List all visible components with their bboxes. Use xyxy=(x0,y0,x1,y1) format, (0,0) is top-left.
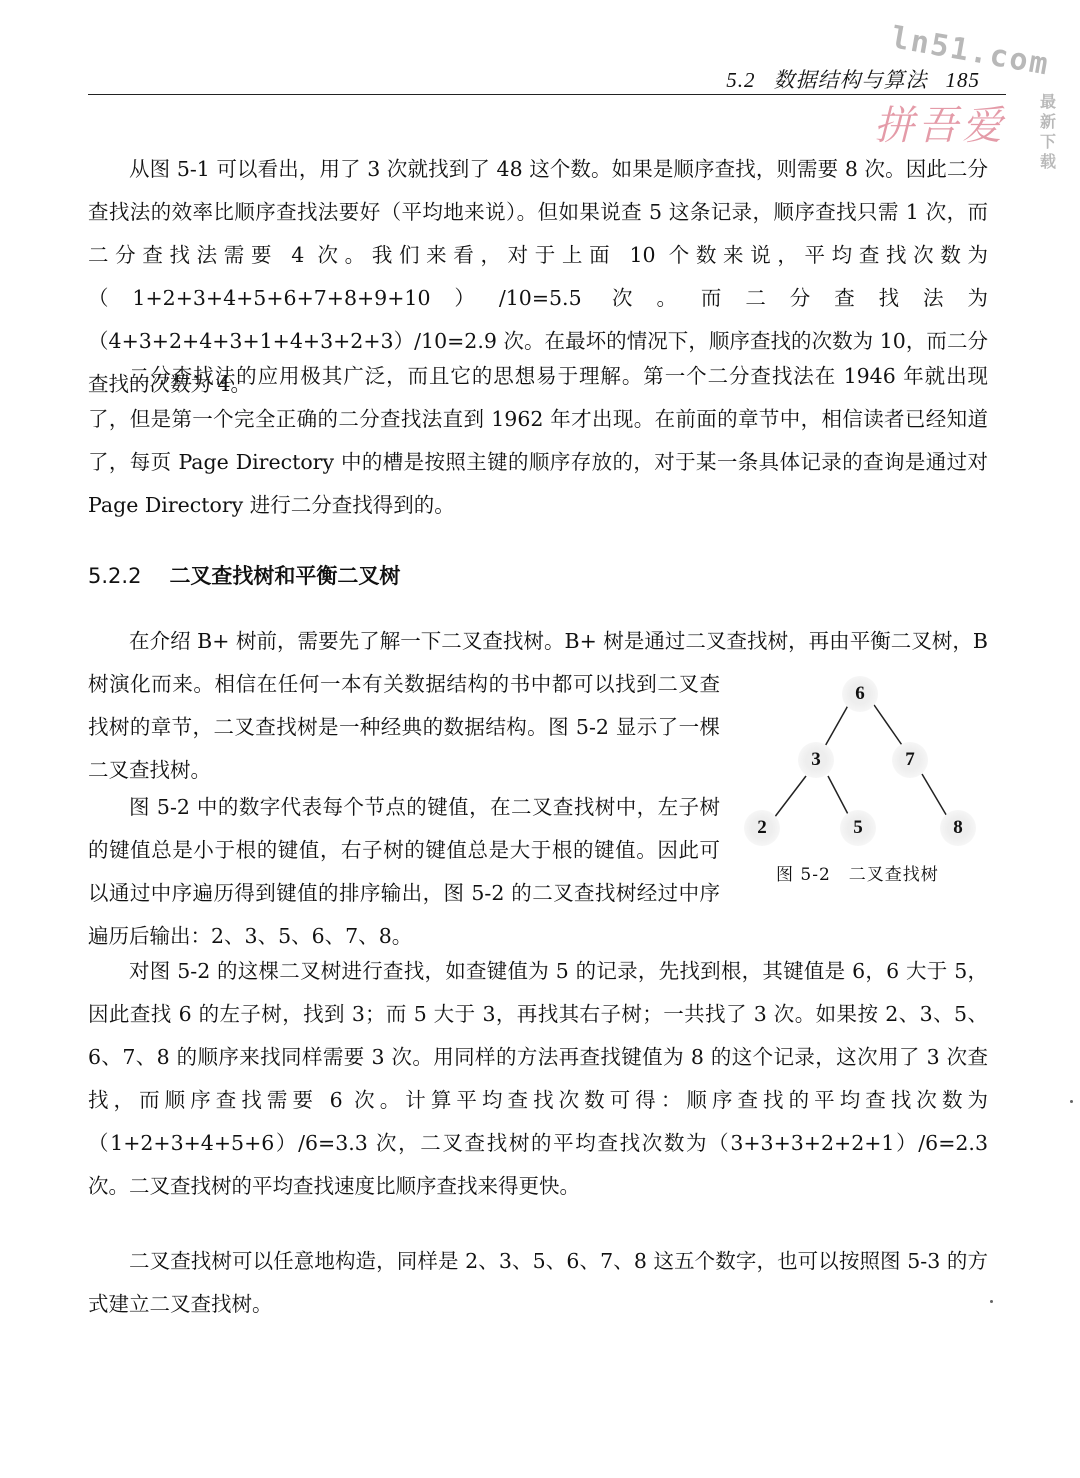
tree-node: 5 xyxy=(840,810,876,846)
paragraph-binary-search-history: 二分查找法的应用极其广泛，而且它的思想易于理解。第一个二分查找法在 1946 年… xyxy=(88,355,988,527)
header-text: 5.2数据结构与算法185 xyxy=(726,64,980,94)
tree-node: 2 xyxy=(744,810,780,846)
section-number: 5.2.2 xyxy=(88,564,141,588)
section-heading: 5.2.2二叉查找树和平衡二叉树 xyxy=(88,560,400,590)
scan-artifact xyxy=(1070,1100,1073,1103)
section-title: 二叉查找树和平衡二叉树 xyxy=(169,564,400,588)
figure-binary-search-tree: 6 3 7 2 5 8 图 5-2二叉查找树 xyxy=(740,672,980,892)
tree-node: 8 xyxy=(940,810,976,846)
paragraph-bst-properties: 图 5-2 中的数字代表每个节点的键值，在二叉查找树中，左子树的键值总是小于根的… xyxy=(88,786,720,958)
figure-title: 二叉查找树 xyxy=(849,865,939,885)
header-section-title: 数据结构与算法 xyxy=(774,68,928,92)
tree-node: 7 xyxy=(892,742,928,778)
scan-artifact xyxy=(990,1300,993,1303)
figure-label: 图 5-2 xyxy=(776,865,831,885)
edge-3-2 xyxy=(774,776,806,818)
page-number: 185 xyxy=(946,68,981,92)
paragraph-bst-construction: 二叉查找树可以任意地构造，同样是 2、3、5、6、7、8 这五个数字，也可以按照… xyxy=(88,1240,988,1326)
watermark-side-text: 最新下载 xyxy=(1040,92,1058,172)
edge-3-5 xyxy=(828,776,850,818)
edge-7-8 xyxy=(922,774,948,818)
running-header: 5.2数据结构与算法185 xyxy=(88,60,1006,95)
watermark-brand: 拼吾爱 xyxy=(874,94,1006,151)
header-section-number: 5.2 xyxy=(726,68,755,92)
edge-6-7 xyxy=(872,702,904,748)
paragraph-bst-search-example: 对图 5-2 的这棵二叉树进行查找，如查键值为 5 的记录，先找到根，其键值是 … xyxy=(88,950,988,1208)
edge-6-3 xyxy=(824,702,850,748)
figure-caption: 图 5-2二叉查找树 xyxy=(776,860,939,885)
tree-node: 3 xyxy=(798,742,834,778)
tree-node-root: 6 xyxy=(842,676,878,712)
